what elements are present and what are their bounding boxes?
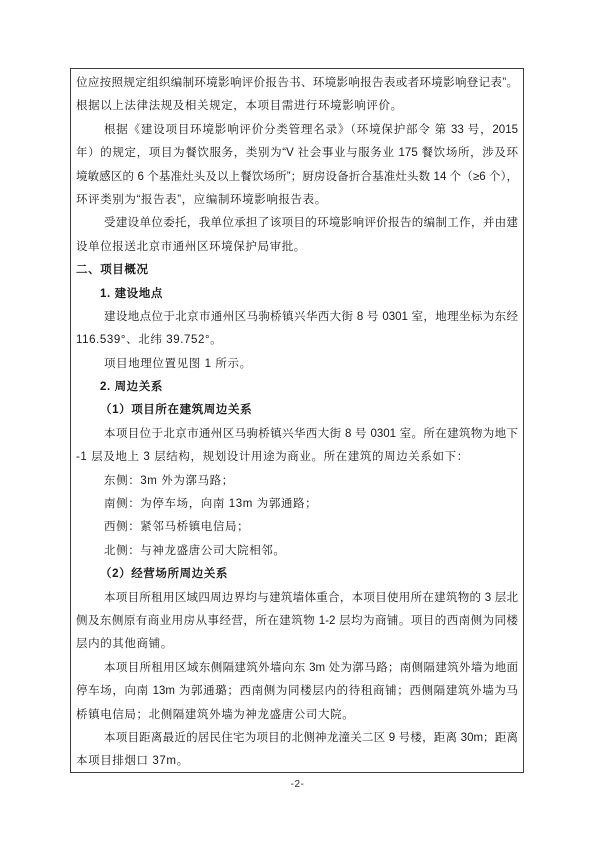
text-line: 境敏感区的 6 个基准灶头及以上餐饮场所”；厨房设备折合基准灶头数 14 个（≥… <box>76 166 518 189</box>
text-line: 受建设单位委托，我单位承担了该项目的环境影响评价报告的编制工作，并由建 <box>76 212 518 235</box>
text-line: 西侧：紧邻马桥镇电信局； <box>76 516 518 539</box>
text-line: 根据以上法律法规及相关规定，本项目需进行环境影响评价。 <box>76 95 518 118</box>
section-heading: 1. 建设地点 <box>76 283 518 306</box>
document-page: 位应按照规定组织编制环境影响评价报告书、环境影响报告表或者环境影响登记表”。根据… <box>0 0 595 841</box>
text-line: 建设地点位于北京市通州区马驹桥镇兴华西大街 8 号 0301 室，地理坐标为东经 <box>76 306 518 329</box>
text-line: 本项目所租用区域东侧隔建筑外墙向东 3m 处为漷马路；南侧隔建筑外墙为地面 <box>76 657 518 680</box>
section-heading: 2. 周边关系 <box>76 376 518 399</box>
content-frame: 位应按照规定组织编制环境影响评价报告书、环境影响报告表或者环境影响登记表”。根据… <box>70 68 524 773</box>
section-heading: （2）经营场所周边关系 <box>76 563 518 586</box>
text-line: 侧及东侧原有商业用房从事经营，所在建筑物 1-2 层均为商铺。项目的西南侧为同楼 <box>76 610 518 633</box>
text-line: 东侧：3m 外为漷马路； <box>76 470 518 493</box>
text-line: 本项目排烟口 37m。 <box>76 750 518 773</box>
text-line: 位应按照规定组织编制环境影响评价报告书、环境影响报告表或者环境影响登记表”。 <box>76 72 518 95</box>
text-line: 桥镇电信局；北侧隔建筑外墙为神龙盛唐公司大院。 <box>76 704 518 727</box>
text-line: 南侧：为停车场，向南 13m 为郭通路； <box>76 493 518 516</box>
text-line: 本项目距离最近的居民住宅为项目的北侧神龙潼关二区 9 号楼，距离 30m；距离 <box>76 727 518 750</box>
text-line: 环评类别为“报告表”，应编制环境影响报告表。 <box>76 189 518 212</box>
text-line: -1 层及地上 3 层结构，规划设计用途为商业。所在建筑的周边关系如下： <box>76 446 518 469</box>
text-line: 本项目所租用区域四周边界均与建筑墙体重合，本项目使用所在建筑物的 3 层北 <box>76 587 518 610</box>
text-line: 设单位报送北京市通州区环境保护局审批。 <box>76 236 518 259</box>
text-line: 根据《建设项目环境影响评价分类管理名录》（环境保护部令 第 33 号，2015 <box>76 119 518 142</box>
text-line: 116.539°、北纬 39.752°。 <box>76 329 518 352</box>
section-heading: （1）项目所在建筑周边关系 <box>76 399 518 422</box>
text-line: 项目地理位置见图 1 所示。 <box>76 353 518 376</box>
text-line: 层内的其他商铺。 <box>76 633 518 656</box>
page-number: -2- <box>0 779 595 790</box>
document-body: 位应按照规定组织编制环境影响评价报告书、环境影响报告表或者环境影响登记表”。根据… <box>71 69 523 774</box>
section-heading: 二、项目概况 <box>76 259 518 282</box>
text-line: 本项目位于北京市通州区马驹桥镇兴华西大街 8 号 0301 室。所在建筑物为地下 <box>76 423 518 446</box>
text-line: 年）的规定，项目为餐饮服务，类别为“V 社会事业与服务业 175 餐饮场所，涉及… <box>76 142 518 165</box>
text-line: 停车场，向南 13m 为郭通璐；西南侧为同楼层内的待租商铺；西侧隔建筑外墙为马 <box>76 680 518 703</box>
text-line: 北侧：与神龙盛唐公司大院相邻。 <box>76 540 518 563</box>
